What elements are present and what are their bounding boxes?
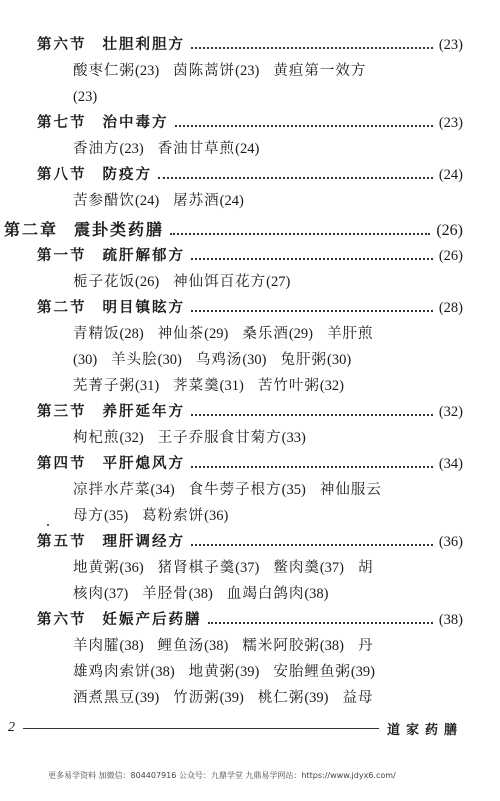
toc-entry[interactable]: 地黄粥(39) [189,664,260,680]
entry-name: 酸枣仁粥 [73,63,135,79]
entry-name: 神仙服云 [320,482,382,498]
book-title: 道家药膳 [387,719,463,738]
page-ref: (38) [439,608,463,632]
entry-name: 地黄粥 [189,664,236,680]
toc-items-line: 雄鸡肉索饼(38)地黄粥(39)安胎鲤鱼粥(39) [73,660,463,684]
toc-entry[interactable]: 食牛蒡子根方(35) [189,482,306,498]
entry-name: 神仙茶 [158,326,205,342]
entry-page: (24) [220,193,244,209]
entry-page: (38) [189,586,213,602]
entry-name: 香油甘草煎 [158,141,236,157]
toc-entry[interactable]: 益母 [343,690,374,706]
toc-entry[interactable]: 桑乐酒(29) [242,326,313,342]
toc-entry[interactable]: 栀子花饭(26) [73,274,159,290]
entry-name: 胡 [358,560,374,576]
dot-leader [158,176,433,179]
toc-entry[interactable]: 酸枣仁粥(23) [73,63,159,79]
entry-name: 雄鸡肉索饼 [73,664,151,680]
toc-entry[interactable]: 茵陈蒿饼(23) [173,63,259,79]
toc-entry[interactable]: 苦竹叶粥(32) [258,378,344,394]
toc-entry[interactable]: 枸杞煎(32) [73,430,144,446]
section-number: 第六节 [37,33,87,57]
entry-page: (26) [135,274,159,290]
entry-page: (38) [320,638,344,654]
entry-name: 羊胫骨 [142,586,189,602]
dot-leader [191,46,433,49]
toc-section[interactable]: 第二节明目镇眩方(28) [37,296,463,320]
toc-items-line: 酸枣仁粥(23)茵陈蒿饼(23)黄疸第一效方 [73,59,463,83]
section-number: 第七节 [37,111,87,135]
section-title: 理肝调经方 [103,530,186,554]
dot-leader [175,124,433,127]
section-number: 第六节 [37,608,87,632]
dot-leader [191,413,433,416]
toc-entry[interactable]: (30) [73,352,97,368]
toc-items-line: 地黄粥(36)猪肾棋子羹(37)鳖肉羹(37)胡 [73,556,463,580]
section-title: 妊娠产后药膳 [103,608,202,632]
toc-items-line: 凉拌水芹菜(34)食牛蒡子根方(35)神仙服云 [73,478,463,502]
entry-page: (36) [204,508,228,524]
toc-chapter[interactable]: 第二章震卦类药膳(26) [4,218,463,242]
toc-section[interactable]: 第七节治中毒方(23) [37,111,463,135]
toc-items-line: 母方(35)葛粉索饼(36) [73,504,463,528]
entry-page: (39) [351,664,375,680]
entry-name: 安胎鲤鱼粥 [273,664,351,680]
toc-entry[interactable]: 屠苏酒(24) [173,193,244,209]
toc-entry[interactable]: 乌鸡汤(30) [196,352,267,368]
toc-section[interactable]: 第五节理肝调经方(36) [37,530,463,554]
entry-page: (32) [120,430,144,446]
page-ref: (26) [439,244,463,268]
entry-name: 葛粉索饼 [142,508,204,524]
toc-entry[interactable]: 青精饭(28) [73,326,144,342]
section-title: 壮胆利胆方 [103,33,186,57]
entry-name: 血竭白鸽肉 [227,586,305,602]
toc-entry[interactable]: 神仙饵百花方(27) [173,274,290,290]
entry-page: (38) [304,586,328,602]
entry-page: (39) [220,690,244,706]
entry-name: 枸杞煎 [73,430,120,446]
toc-entry[interactable]: 血竭白鸽肉(38) [227,586,329,602]
watermark-text: 更多易学资料 加微信：804407916 公众号：九鼎学堂 九鼎易学网站：htt… [48,770,396,781]
entry-page: (29) [204,326,228,342]
toc-items-line: 枸杞煎(32)王子乔服食甘菊方(33) [73,426,463,450]
entry-name: 青精饭 [73,326,120,342]
section-title: 平肝熄风方 [103,452,186,476]
page-ref: (36) [439,530,463,554]
page-ref: (34) [439,452,463,476]
toc-section[interactable]: 第八节防疫方(24) [37,163,463,187]
entry-page: (34) [151,482,175,498]
page-ref: (23) [439,33,463,57]
dot-leader [191,543,433,546]
entry-name: 桑乐酒 [242,326,289,342]
toc-entry[interactable]: 王子乔服食甘菊方(33) [158,430,306,446]
entry-name: 益母 [343,690,374,706]
page-ref: (28) [439,296,463,320]
toc-entry[interactable]: 酒煮黑豆(39) [73,690,159,706]
toc-items-line: 栀子花饭(26)神仙饵百花方(27) [73,270,463,294]
toc-section[interactable]: 第一节疏肝解郁方(26) [37,244,463,268]
section-title: 疏肝解郁方 [103,244,186,268]
section-title: 明目镇眩方 [103,296,186,320]
entry-name: 食牛蒡子根方 [189,482,282,498]
toc-items-line: 青精饭(28)神仙茶(29)桑乐酒(29)羊肝煎 [73,322,463,346]
entry-name: 香油方 [73,141,120,157]
chapter-number: 第二章 [4,218,58,242]
entry-page: (36) [120,560,144,576]
entry-page: (30) [158,352,182,368]
entry-page: (23) [135,63,159,79]
entry-name: 鳖肉羹 [273,560,320,576]
toc-section[interactable]: 第三节养肝延年方(32) [37,400,463,424]
entry-page: (38) [151,664,175,680]
entry-page: (29) [289,326,313,342]
toc-entry[interactable]: 核肉(37) [73,586,128,602]
toc-items-line: 苦参醋饮(24)屠苏酒(24) [73,189,463,213]
toc-items-line: (23) [73,85,463,109]
dot-leader [191,257,433,260]
toc-entry[interactable]: 鳖肉羹(37) [273,560,344,576]
toc-entry[interactable]: 母方(35) [73,508,128,524]
entry-page: (37) [235,560,259,576]
section-title: 养肝延年方 [103,400,186,424]
entry-name: 栀子花饭 [73,274,135,290]
entry-page: (23) [73,89,97,105]
toc-entry[interactable]: 兔肝粥(30) [281,352,352,368]
entry-page: (39) [235,664,259,680]
page-ref: (23) [439,111,463,135]
toc-entry[interactable]: 鲤鱼汤(38) [158,638,229,654]
toc-entry[interactable]: 香油甘草煎(24) [158,141,260,157]
section-number: 第八节 [37,163,87,187]
toc-items-line: 香油方(23)香油甘草煎(24) [73,137,463,161]
toc-entry[interactable]: (23) [73,89,97,105]
entry-name: 羊肉臛 [73,638,120,654]
scan-speck [47,524,49,526]
toc-entry[interactable]: 竹沥粥(39) [173,690,244,706]
chapter-title: 震卦类药膳 [74,218,164,242]
page-ref: (24) [439,163,463,187]
toc-section[interactable]: 第六节妊娠产后药膳(38) [37,608,463,632]
entry-page: (39) [135,690,159,706]
section-title: 防疫方 [103,163,153,187]
entry-page: (39) [304,690,328,706]
toc-entry[interactable]: 安胎鲤鱼粥(39) [273,664,375,680]
toc-entry[interactable]: 羊头脍(30) [111,352,182,368]
section-number: 第四节 [37,452,87,476]
section-number: 第五节 [37,530,87,554]
entry-name: 桃仁粥 [258,690,305,706]
section-number: 第一节 [37,244,87,268]
toc-entry[interactable]: 羊肉臛(38) [73,638,144,654]
entry-name: 王子乔服食甘菊方 [158,430,282,446]
entry-page: (38) [120,638,144,654]
entry-name: 屠苏酒 [173,193,220,209]
toc-entry[interactable]: 凉拌水芹菜(34) [73,482,175,498]
toc-items-line: 羊肉臛(38)鲤鱼汤(38)糯米阿胶粥(38)丹 [73,634,463,658]
toc-entry[interactable]: 香油方(23) [73,141,144,157]
section-title: 治中毒方 [103,111,169,135]
dot-leader [170,232,430,235]
entry-name: 黄疸第一效方 [273,63,366,79]
entry-page: (31) [135,378,159,394]
entry-page: (24) [135,193,159,209]
toc-entry[interactable]: 羊胫骨(38) [142,586,213,602]
section-number: 第三节 [37,400,87,424]
entry-page: (30) [242,352,266,368]
entry-name: 鲤鱼汤 [158,638,205,654]
entry-page: (23) [235,63,259,79]
entry-page: (30) [327,352,351,368]
toc-entry[interactable]: 葛粉索饼(36) [142,508,228,524]
page-number: 2 [8,720,15,736]
toc-entry[interactable]: 丹 [358,638,374,654]
toc-section[interactable]: 第四节平肝熄风方(34) [37,452,463,476]
entry-page: (23) [120,141,144,157]
entry-name: 地黄粥 [73,560,120,576]
footer-rule [23,728,379,729]
page-ref: (26) [436,219,463,243]
section-number: 第二节 [37,296,87,320]
toc-entry[interactable]: 苦参醋饮(24) [73,193,159,209]
entry-name: 兔肝粥 [281,352,328,368]
toc-entry[interactable]: 神仙服云 [320,482,382,498]
toc-section[interactable]: 第六节壮胆利胆方(23) [37,33,463,57]
toc-items-line: 酒煮黑豆(39)竹沥粥(39)桃仁粥(39)益母 [73,686,463,710]
toc-entry[interactable]: 荠菜羹(31) [173,378,244,394]
dot-leader [208,621,433,624]
dot-leader [191,309,433,312]
toc-entry[interactable]: 猪肾棋子羹(37) [158,560,260,576]
entry-page: (37) [320,560,344,576]
toc-entry[interactable]: 黄疸第一效方 [273,63,366,79]
entry-page: (33) [282,430,306,446]
entry-name: 苦竹叶粥 [258,378,320,394]
toc-entry[interactable]: 雄鸡肉索饼(38) [73,664,175,680]
entry-page: (30) [73,352,97,368]
entry-page: (32) [320,378,344,394]
entry-name: 竹沥粥 [173,690,220,706]
dot-leader [191,465,433,468]
toc-entry[interactable]: 羊肝煎 [327,326,374,342]
entry-name: 荠菜羹 [173,378,220,394]
toc-entry[interactable]: 糯米阿胶粥(38) [242,638,344,654]
entry-name: 糯米阿胶粥 [242,638,320,654]
entry-page: (37) [104,586,128,602]
entry-name: 猪肾棋子羹 [158,560,236,576]
toc-entry[interactable]: 胡 [358,560,374,576]
toc-entry[interactable]: 地黄粥(36) [73,560,144,576]
entry-page: (35) [282,482,306,498]
entry-name: 丹 [358,638,374,654]
page-footer: 2 道家药膳 [8,716,463,740]
toc-items-line: (30)羊头脍(30)乌鸡汤(30)兔肝粥(30) [73,348,463,372]
entry-page: (27) [266,274,290,290]
toc-entry[interactable]: 桃仁粥(39) [258,690,329,706]
toc-entry[interactable]: 神仙茶(29) [158,326,229,342]
entry-name: 凉拌水芹菜 [73,482,151,498]
entry-name: 茵陈蒿饼 [173,63,235,79]
toc-items-line: 芜菁子粥(31)荠菜羹(31)苦竹叶粥(32) [73,374,463,398]
entry-name: 苦参醋饮 [73,193,135,209]
entry-page: (28) [120,326,144,342]
entry-name: 羊肝煎 [327,326,374,342]
entry-page: (31) [220,378,244,394]
entry-name: 芜菁子粥 [73,378,135,394]
entry-name: 核肉 [73,586,104,602]
entry-name: 乌鸡汤 [196,352,243,368]
entry-page: (38) [204,638,228,654]
page-ref: (32) [439,400,463,424]
entry-name: 酒煮黑豆 [73,690,135,706]
toc-items-line: 核肉(37)羊胫骨(38)血竭白鸽肉(38) [73,582,463,606]
entry-page: (24) [235,141,259,157]
entry-name: 羊头脍 [111,352,158,368]
entry-name: 神仙饵百花方 [173,274,266,290]
entry-name: 母方 [73,508,104,524]
entry-page: (35) [104,508,128,524]
toc-entry[interactable]: 芜菁子粥(31) [73,378,159,394]
